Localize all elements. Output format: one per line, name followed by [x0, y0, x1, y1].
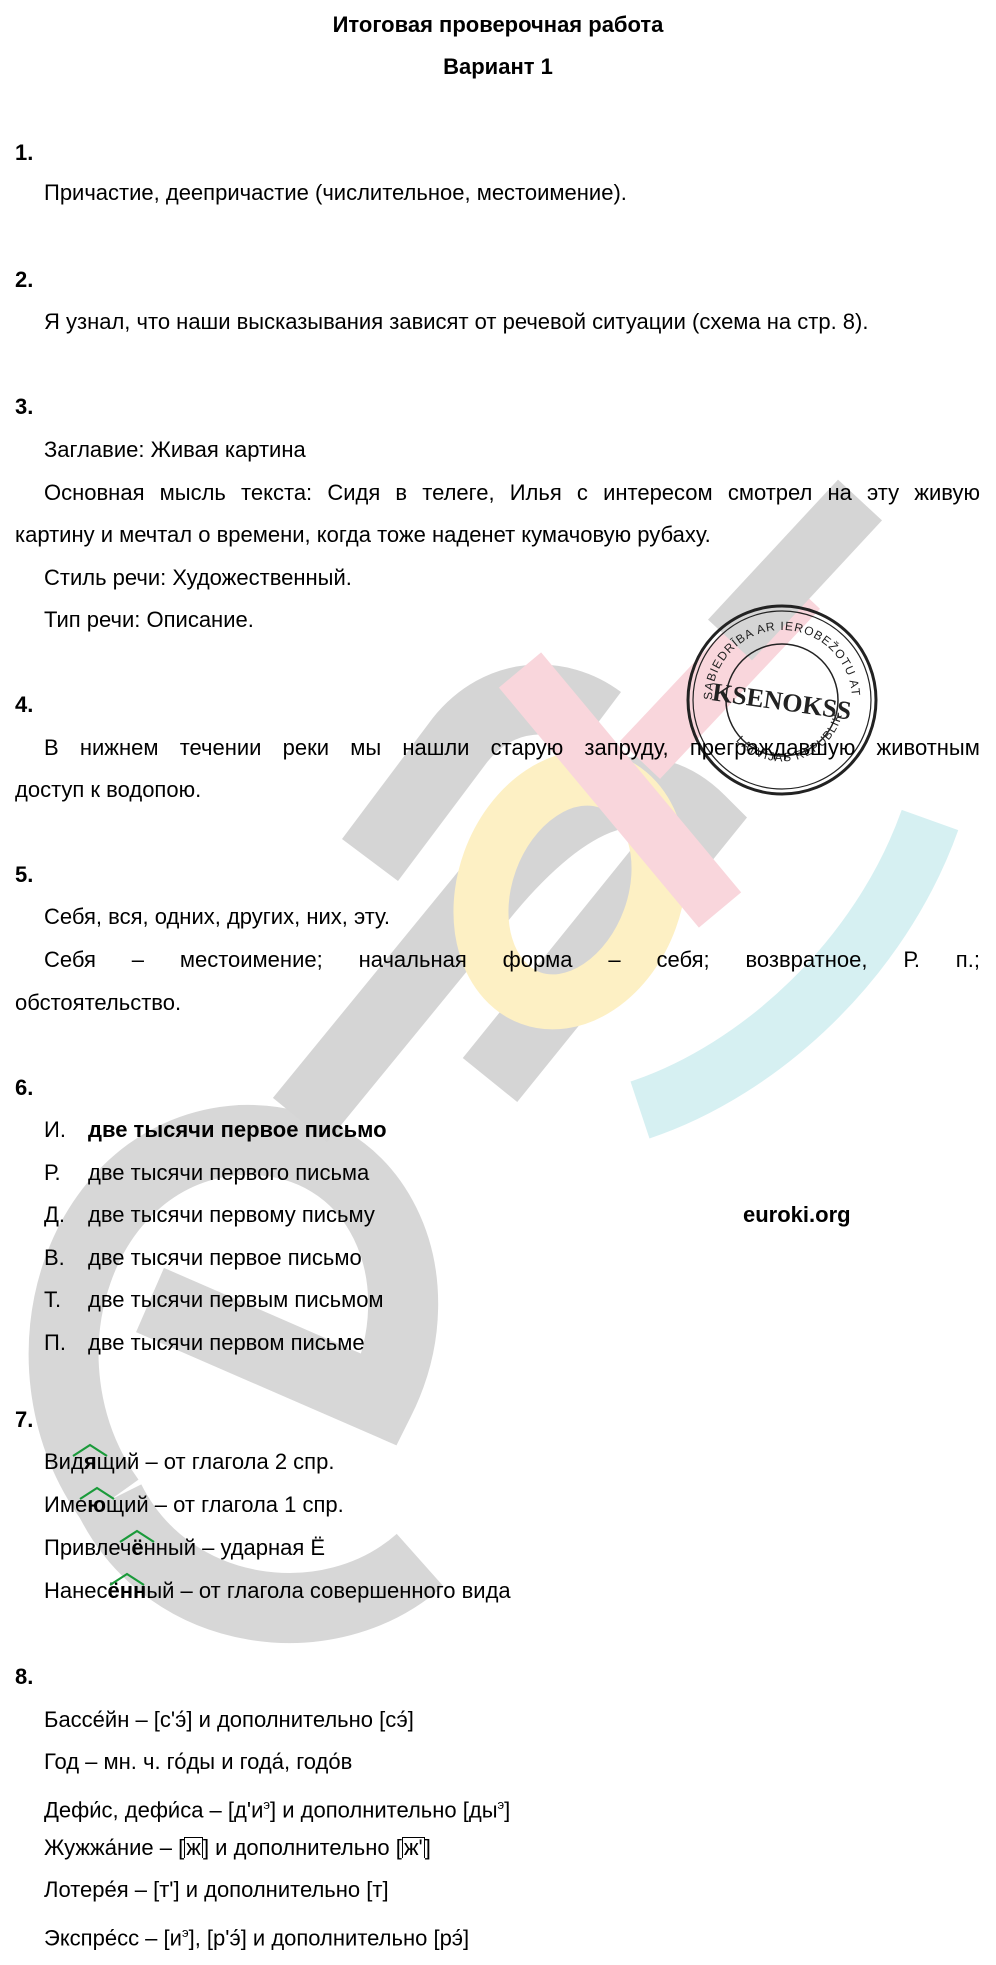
- task-5-line1: Себя, вся, одних, других, них, эту.: [44, 896, 996, 938]
- task-number: 7.: [15, 1399, 33, 1441]
- word: возвратное,: [745, 939, 867, 981]
- word: на: [828, 472, 852, 514]
- word: интересом: [603, 472, 713, 514]
- word: текста:: [241, 472, 312, 514]
- word: –: [608, 939, 620, 981]
- word: Р.: [903, 939, 920, 981]
- word: форма: [503, 939, 573, 981]
- task-3: 3.: [0, 386, 996, 428]
- task-3-idea-line1: Основнаямысльтекста:Сидявтелеге,Ильясинт…: [44, 472, 980, 514]
- case-label: П.: [44, 1322, 88, 1364]
- task-7: 7.: [0, 1399, 996, 1441]
- suffix-mark-icon: [109, 1572, 145, 1586]
- site-label: euroki.org: [743, 1194, 851, 1236]
- task-1: 1.: [0, 132, 996, 174]
- case-label: Т.: [44, 1279, 88, 1321]
- word: реки: [283, 727, 329, 769]
- task-8: 8.: [0, 1656, 996, 1698]
- suffix: ю: [87, 1492, 106, 1517]
- participle-row: Видящий – от глагола 2 спр.: [44, 1441, 996, 1483]
- task-5-line3: обстоятельство.: [15, 982, 996, 1024]
- task-8-line: Год – мн. ч. го́ды и года́, годо́в: [44, 1741, 996, 1783]
- suffix: я: [84, 1449, 97, 1474]
- task-8-line: Дефи́с, дефи́са – [д'иэ] и дополнительно…: [44, 1784, 996, 1826]
- word: Основная: [44, 472, 144, 514]
- word: в: [395, 472, 407, 514]
- participle-row: Нанесённый – от глагола совершенного вид…: [44, 1570, 996, 1612]
- case-row: П.две тысячи первом письме: [44, 1322, 996, 1364]
- suffix: ённ: [108, 1578, 147, 1603]
- task-5-line2: Себя–местоимение;начальнаяформа–себя;воз…: [44, 939, 980, 981]
- word: эту: [867, 472, 899, 514]
- word: Илья: [510, 472, 562, 514]
- suffix: ё: [131, 1535, 143, 1560]
- case-form: две тысячи первое письмо: [88, 1245, 362, 1270]
- task-3-type-line: Тип речи: Описание.: [44, 599, 996, 641]
- word: запруду,: [584, 727, 668, 769]
- word: В: [44, 727, 59, 769]
- task-1-answer: Причастие, деепричастие (числительное, м…: [44, 172, 996, 214]
- case-row: Т.две тысячи первым письмом: [44, 1279, 996, 1321]
- word: мы: [350, 727, 381, 769]
- word: старую: [491, 727, 564, 769]
- task-3-title-line: Заглавие: Живая картина: [44, 429, 996, 471]
- word: животным: [877, 727, 980, 769]
- word: п.;: [956, 939, 980, 981]
- case-form: две тысячи первое письмо: [88, 1117, 387, 1142]
- suffix-mark-icon: [79, 1486, 115, 1500]
- word: себя;: [656, 939, 709, 981]
- task-3-idea-line2: картину и мечтал о времени, когда тоже н…: [15, 514, 996, 556]
- task-2-answer: Я узнал, что наши высказывания зависят о…: [44, 301, 996, 343]
- task-2: 2.: [0, 259, 996, 301]
- word: Сидя: [327, 472, 380, 514]
- task-number: 3.: [15, 386, 33, 428]
- task-3-style-line: Стиль речи: Художественный.: [44, 557, 996, 599]
- task-4-line1: Внижнемтечениирекимынашлистаруюзапруду,п…: [44, 727, 980, 769]
- task-number: 8.: [15, 1656, 33, 1698]
- word: мысль: [160, 472, 226, 514]
- task-number: 5.: [15, 854, 33, 896]
- case-label: В.: [44, 1237, 88, 1279]
- case-form: две тысячи первым письмом: [88, 1287, 384, 1312]
- case-row: И.две тысячи первое письмо: [44, 1109, 996, 1151]
- word: преграждавшую: [690, 727, 856, 769]
- task-4-line2: доступ к водопою.: [15, 769, 996, 811]
- task-number: 6.: [15, 1067, 33, 1109]
- word: с: [577, 472, 588, 514]
- case-row: В.две тысячи первое письмо: [44, 1237, 996, 1279]
- task-number: 4.: [15, 684, 33, 726]
- task-6: 6.: [0, 1067, 996, 1109]
- word: нижнем: [80, 727, 159, 769]
- word: смотрел: [728, 472, 813, 514]
- task-number: 1.: [15, 132, 33, 174]
- case-row: Р.две тысячи первого письма: [44, 1152, 996, 1194]
- task-8-line: Бассе́йн – [с'э́] и дополнительно [сэ́]: [44, 1699, 996, 1741]
- page-title: Итоговая проверочная работа: [0, 4, 996, 46]
- word: начальная: [359, 939, 467, 981]
- case-label: Р.: [44, 1152, 88, 1194]
- long-consonant-mark: ж: [184, 1837, 203, 1858]
- word: местоимение;: [180, 939, 323, 981]
- participle-row: Имеющий – от глагола 1 спр.: [44, 1484, 996, 1526]
- word: Себя: [44, 939, 96, 981]
- site-label-row: euroki.org: [0, 1194, 996, 1236]
- participle-row: Привлечённый – ударная Ё: [44, 1527, 996, 1569]
- word: –: [132, 939, 144, 981]
- word: нашли: [402, 727, 469, 769]
- case-label: И.: [44, 1109, 88, 1151]
- task-8-line: Лотере́я – [т'] и дополнительно [т]: [44, 1869, 996, 1911]
- word: течении: [180, 727, 262, 769]
- task-number: 2.: [15, 259, 33, 301]
- page-subtitle: Вариант 1: [0, 46, 996, 88]
- task-4: 4.: [0, 684, 996, 726]
- task-8-line: Экспре́сс – [иэ], [р'э́] и дополнительно…: [44, 1912, 996, 1954]
- word: телеге,: [422, 472, 494, 514]
- long-consonant-mark: ж': [402, 1837, 425, 1858]
- word: живую: [914, 472, 980, 514]
- task-8-line: Жужжа́ние – [ж] и дополнительно [ж']: [44, 1827, 996, 1869]
- suffix-mark-icon: [72, 1443, 108, 1457]
- case-form: две тысячи первом письме: [88, 1330, 365, 1355]
- task-5: 5.: [0, 854, 996, 896]
- suffix-mark-icon: [119, 1529, 155, 1543]
- case-form: две тысячи первого письма: [88, 1160, 369, 1185]
